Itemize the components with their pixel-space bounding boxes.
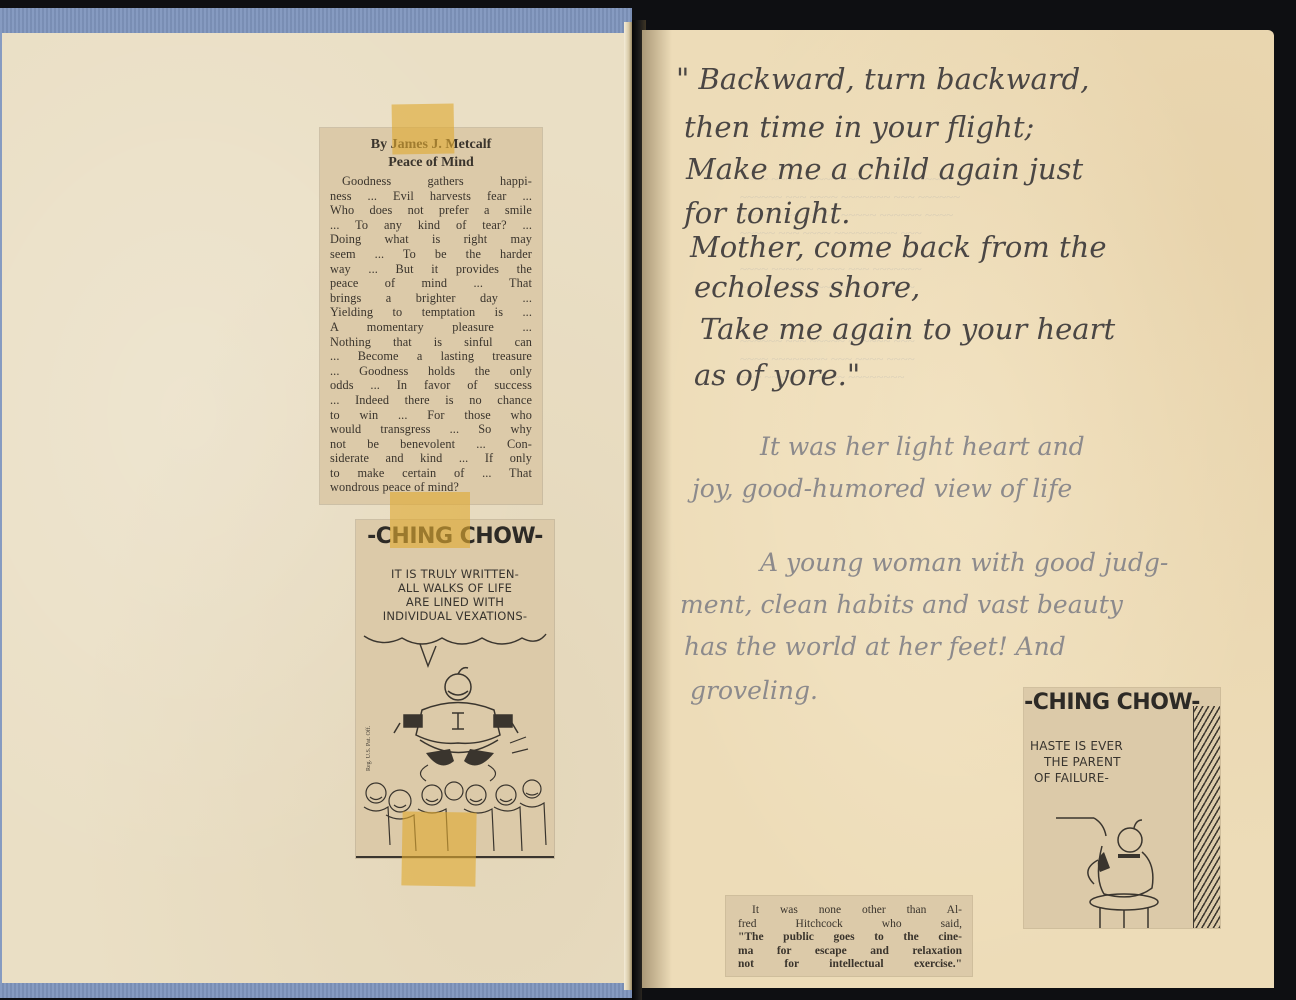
cover-edge <box>624 22 632 990</box>
cartoon-figure-on-stool-icon <box>1044 798 1184 928</box>
handwriting-line: then time in your flight; <box>684 110 1034 144</box>
quote-line: It was none other than Al- <box>738 904 962 918</box>
poem-line: to win ... For those who <box>330 408 532 423</box>
poem-line: Who does not prefer a smile <box>330 203 532 218</box>
newspaper-clipping-poem: By James J. Metcalf Peace of Mind Goodne… <box>320 128 542 504</box>
caption-line: OF FAILURE- <box>1030 770 1123 786</box>
poem-line: Nothing that is sinful can <box>330 335 532 350</box>
quote-line: fred Hitchcock who said, <box>738 918 962 932</box>
pencil-line: joy, good-humored view of life <box>692 474 1072 503</box>
pencil-line: A young woman with good judg- <box>760 548 1168 577</box>
speech-bubble-icon <box>362 628 548 668</box>
quote-line: ma for escape and relaxation <box>738 945 962 959</box>
poem-line: brings a brighter day ... <box>330 291 532 306</box>
poem-line: seem ... To be the harder <box>330 247 532 262</box>
poem-line: ... Become a lasting treasure <box>330 349 532 364</box>
poem-line: siderate and kind ... If only <box>330 451 532 466</box>
caption-line: HASTE IS EVER <box>1030 738 1123 754</box>
poem-title: Peace of Mind <box>330 154 532 172</box>
poem-line: way ... But it provides the <box>330 262 532 277</box>
quote-line: not for intellectual exercise." <box>738 958 962 972</box>
poem-line: would transgress ... So why <box>330 422 532 437</box>
poem-line: ... Goodness holds the only <box>330 364 532 379</box>
caption-line: ALL WALKS OF LIFE <box>356 581 554 595</box>
handwriting-line: Take me again to your heart <box>700 312 1115 346</box>
tape-strip <box>390 492 470 548</box>
handwriting-line: echoless shore, <box>694 270 920 304</box>
poem-line: peace of mind ... That <box>330 276 532 291</box>
pencil-line: ment, clean habits and vast beauty <box>680 590 1123 619</box>
handwriting-line: Mother, come back from the <box>690 230 1107 264</box>
tape-strip <box>392 103 455 154</box>
newspaper-clipping-hitchcock-quote: It was none other than Al- fred Hitchcoc… <box>726 896 972 976</box>
comic-caption: IT IS TRULY WRITTEN- ALL WALKS OF LIFE A… <box>356 567 554 623</box>
quote-line: "The public goes to the cine- <box>738 931 962 945</box>
handwriting-line: for tonight. <box>684 196 850 230</box>
comic-title: -CHING CHOW- <box>1024 690 1200 715</box>
tape-strip <box>401 811 476 886</box>
ching-chow-comic-clipping-2: -CHING CHOW- HASTE IS EVER THE PARENT OF… <box>1024 688 1220 928</box>
hatched-wall <box>1193 706 1220 928</box>
ching-chow-comic-clipping: -CHING CHOW- IT IS TRULY WRITTEN- ALL WA… <box>356 520 554 858</box>
poem-body: Goodness gathers happi- ness ... Evil ha… <box>330 174 532 495</box>
caption-line: IT IS TRULY WRITTEN- <box>356 567 554 581</box>
caption-line: ARE LINED WITH <box>356 595 554 609</box>
handwriting-line: as of yore." <box>694 358 860 392</box>
pencil-line: It was her light heart and <box>760 432 1085 461</box>
comic-caption: HASTE IS EVER THE PARENT OF FAILURE- <box>1030 738 1123 786</box>
bottom-shadow <box>642 988 1296 1000</box>
pencil-line: groveling. <box>690 676 818 705</box>
poem-line: to make certain of ... That <box>330 466 532 481</box>
poem-line: Yielding to temptation is ... <box>330 305 532 320</box>
caption-line: THE PARENT <box>1030 754 1123 770</box>
poem-line: Goodness gathers happi- <box>330 174 532 189</box>
copyright-text: Reg. U.S. Pat. Off. <box>365 725 372 771</box>
gutter-shadow <box>642 30 672 990</box>
poem-line: not be benevolent ... Con- <box>330 437 532 452</box>
poem-line: Doing what is right may <box>330 232 532 247</box>
poem-line: ... Indeed there is no chance <box>330 393 532 408</box>
poem-line: ness ... Evil harvests fear ... <box>330 189 532 204</box>
poem-line: ... To any kind of tear? ... <box>330 218 532 233</box>
poem-line: A momentary pleasure ... <box>330 320 532 335</box>
poem-line: odds ... In favor of success <box>330 378 532 393</box>
handwriting-line: " Backward, turn backward, <box>676 62 1089 96</box>
handwriting-line: Make me a child again just <box>686 152 1083 186</box>
caption-line: INDIVIDUAL VEXATIONS- <box>356 609 554 623</box>
pencil-line: has the world at her feet! And <box>684 632 1066 661</box>
